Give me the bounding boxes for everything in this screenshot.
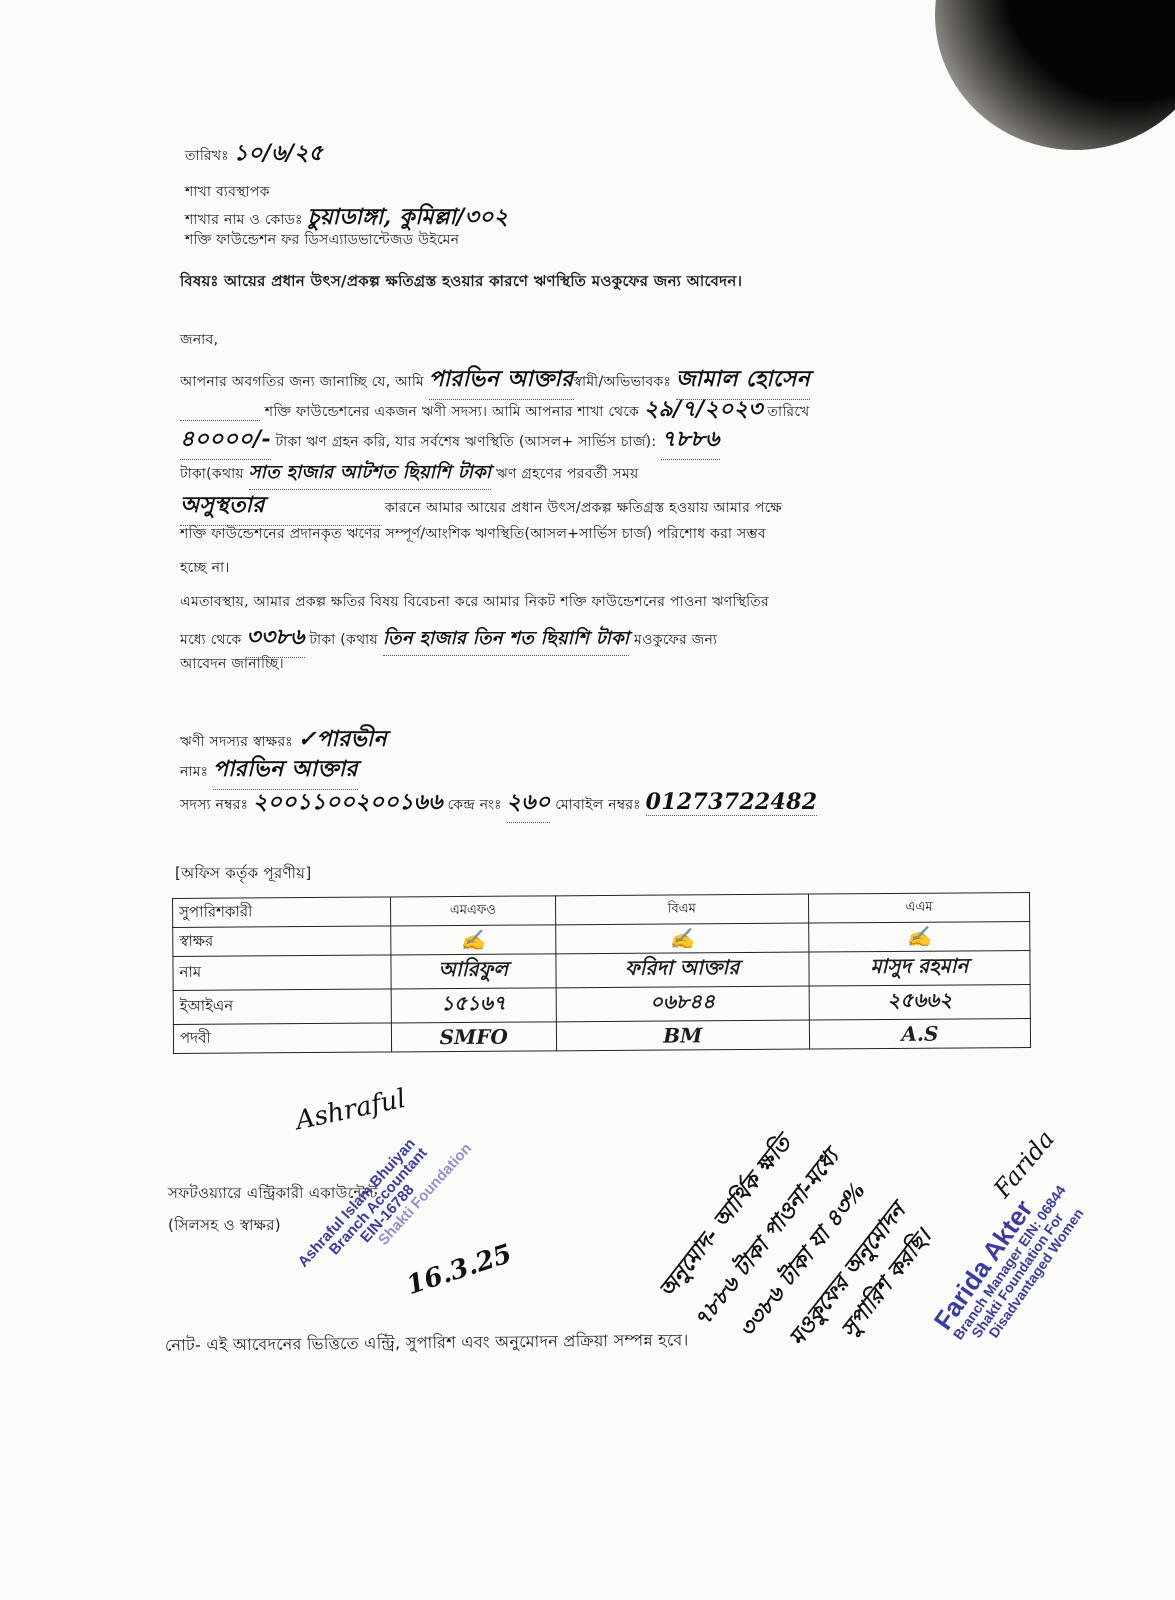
date-line: তারিখঃ ১০/৬/২৫ bbox=[185, 136, 323, 173]
accountant-signature: Ashraful bbox=[293, 1084, 408, 1137]
row-label: ইআইএন bbox=[173, 989, 391, 1025]
borrower-signature: ✓পারভীন bbox=[298, 726, 387, 752]
column-header: এএম bbox=[808, 893, 1029, 924]
member-no-label: সদস্য নম্বরঃ bbox=[180, 797, 248, 813]
table-cell: A.S bbox=[809, 1019, 1030, 1050]
body-line-4: টাকা(কথায় সাত হাজার আটশত ছিয়াশি টাকা ঋ… bbox=[180, 458, 639, 490]
date-value: ১০/৬/২৫ bbox=[234, 140, 324, 166]
guardian-label: স্বামী/অভিভাবকঃ bbox=[574, 374, 672, 390]
table-cell: সুপারিশকারী bbox=[173, 897, 391, 928]
center-label: কেন্দ্র নংঃ bbox=[448, 797, 502, 813]
signature-cell: ✍ bbox=[391, 925, 556, 955]
signature-cell: ✍ bbox=[809, 922, 1030, 953]
table-cell: মাসুদ রহমান bbox=[809, 951, 1030, 987]
entry-date: 16.3.25 bbox=[403, 1239, 516, 1301]
loan-amount-field: ৪০০০০/- bbox=[180, 422, 271, 460]
seal-signature-label: (সিলসহ ও স্বাক্ষর) bbox=[168, 1214, 281, 1239]
reason-field: অসুস্থতার bbox=[180, 488, 380, 526]
body-text: টাকা ঋণ গ্রহন করি, যার সর্বশেষ ঋণস্থিতি … bbox=[276, 434, 657, 450]
table-row: ইআইএন ১৫১৬৭ ০৬৮৪৪ ২৫৬৬২ bbox=[173, 985, 1030, 1025]
column-header: বিএম bbox=[555, 894, 809, 925]
row-label: স্বাক্ষর bbox=[173, 926, 391, 957]
blank-dots bbox=[180, 404, 260, 421]
table-cell: আরিফুল bbox=[391, 954, 556, 989]
body-text: টাকা(কথায় bbox=[180, 466, 244, 482]
table-row: নাম আরিফুল ফরিদা আক্তার মাসুদ রহমান bbox=[173, 951, 1030, 991]
org-line: শক্তি ফাউন্ডেশন ফর ডিসএ্যাডভান্টেজড উইমে… bbox=[185, 228, 459, 252]
outstanding-field: ৭৮৮৬ bbox=[661, 422, 719, 460]
table-row: পদবী SMFO BM A.S bbox=[173, 1019, 1030, 1054]
mobile-label: মোবাইল নম্বরঃ bbox=[555, 797, 641, 813]
signature-cell: ✍ bbox=[555, 923, 809, 954]
office-title: [অফিস কর্তৃক পূরণীয়] bbox=[175, 862, 311, 887]
row-label: নাম bbox=[173, 955, 391, 991]
body-text: শক্তি ফাউন্ডেশনের একজন ঋণী সদস্য। আমি আপ… bbox=[265, 404, 639, 420]
member-no: ২০০১১০০২০০১৬৬ bbox=[253, 789, 443, 815]
table-cell: ২৫৬৬২ bbox=[809, 985, 1030, 1021]
body-text: তারিখে bbox=[768, 404, 810, 420]
loan-date-field: ২৯/৭/২০২৩ bbox=[644, 396, 763, 422]
signature-label: ঋণী সদস্যর স্বাক্ষরঃ bbox=[180, 734, 293, 750]
row-label: পদবী bbox=[173, 1023, 391, 1054]
table-cell: BM bbox=[556, 1020, 810, 1051]
body-text: আপনার অবগতির জন্য জানাচ্ছি যে, আমি bbox=[180, 374, 424, 390]
branch-label: শাখার নাম ও কোডঃ bbox=[185, 212, 303, 228]
center-no: ২৬০ bbox=[507, 785, 551, 823]
footer-note: নোট- এই আবেদনের ভিত্তিতে এন্ট্রি, সুপারি… bbox=[165, 1327, 689, 1359]
table-cell: ফরিদা আক্তার bbox=[555, 952, 809, 988]
table-cell: SMFO bbox=[391, 1022, 556, 1052]
body-line-3: ৪০০০০/- টাকা ঋণ গ্রহন করি, যার সর্বশেষ ঋ… bbox=[180, 422, 720, 460]
body-text: মওকুফের জন্য bbox=[634, 632, 717, 648]
outstanding-words-field: সাত হাজার আটশত ছিয়াশি টাকা bbox=[249, 458, 491, 490]
table-cell: ০৬৮৪৪ bbox=[556, 986, 810, 1022]
body-line-5: অসুস্থতার কারনে আমার আয়ের প্রধান উৎস/প্… bbox=[180, 488, 782, 526]
salutation: জনাব, bbox=[180, 328, 218, 352]
body-text: ঋণ গ্রহণের পরবর্তী সময় bbox=[496, 466, 639, 482]
waiver-words-field: তিন হাজার তিন শত ছিয়াশি টাকা bbox=[383, 624, 629, 656]
body-line-7: হচ্ছে না। bbox=[180, 556, 230, 580]
office-table: সুপারিশকারী এমএফও বিএম এএম স্বাক্ষর ✍ ✍ … bbox=[172, 892, 1031, 1054]
branch-value: চুয়াডাঙ্গা, কুমিল্লা/৩০২ bbox=[308, 204, 509, 230]
body-line-6: শক্তি ফাউন্ডেশনের প্রদানকৃত ঋণের সম্পূর্… bbox=[180, 522, 766, 546]
date-label: তারিখঃ bbox=[185, 148, 229, 164]
camera-shadow bbox=[935, 0, 1175, 150]
column-header: এমএফও bbox=[390, 896, 555, 926]
body-line-8: এমতাবস্থায়, আমার প্রকল্প ক্ষতির বিষয় ব… bbox=[180, 590, 769, 614]
borrower-ids-line: সদস্য নম্বরঃ ২০০১১০০২০০১৬৬ কেন্দ্র নংঃ ২… bbox=[180, 785, 817, 823]
table-cell: ১৫১৬৭ bbox=[391, 988, 556, 1023]
mobile-no: 01273722482 bbox=[646, 789, 818, 816]
body-line-10: আবেদন জানাচ্ছি। bbox=[180, 652, 284, 676]
name-label: নামঃ bbox=[180, 764, 208, 780]
body-text: টাকা (কথায় bbox=[309, 632, 378, 648]
body-text: মধ্যে থেকে bbox=[180, 632, 241, 648]
body-text: কারনে আমার আয়ের প্রধান উৎস/প্রকল্প ক্ষত… bbox=[385, 500, 782, 516]
subject-line: বিষয়ঃ আয়ের প্রধান উৎস/প্রকল্প ক্ষতিগ্র… bbox=[180, 270, 742, 295]
